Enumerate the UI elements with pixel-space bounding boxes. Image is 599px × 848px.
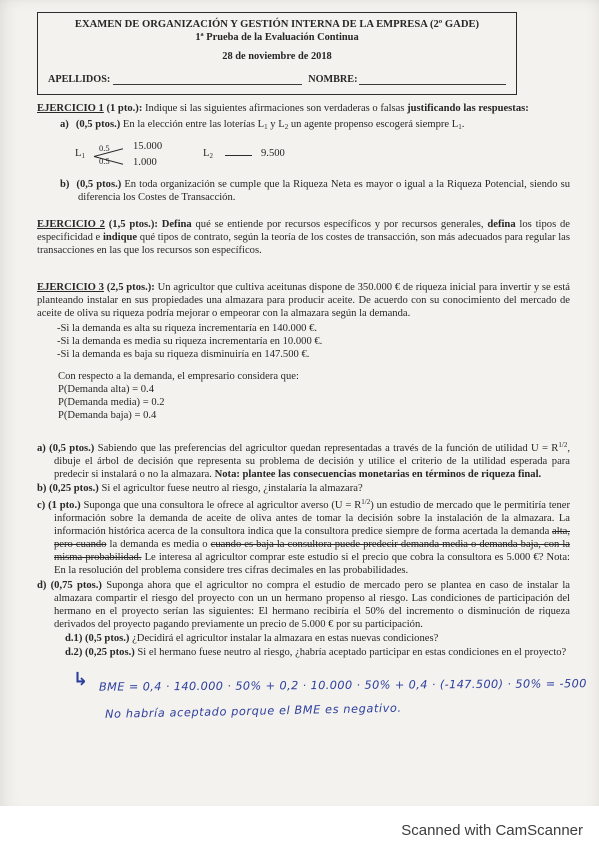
outcome-bottom: 1.000	[133, 157, 157, 168]
nombre-label: NOMBRE:	[308, 74, 357, 85]
exercise2-points: (1,5 ptos.):	[105, 219, 162, 230]
handwritten-bme-formula: BME = 0,4 · 140.000 · 50% + 0,2 · 10.000…	[99, 677, 570, 693]
item-b-label: b)	[60, 179, 69, 190]
bullet-demand-baja: -Si la demanda es baja su riqueza dismin…	[57, 348, 570, 361]
exam-title: EXAMEN DE ORGANIZACIÓN Y GESTIÓN INTERNA…	[48, 18, 506, 31]
exercise1-intro-bold: justificando las respuestas:	[407, 103, 529, 114]
probability-bottom: 0.5	[99, 156, 110, 166]
item-a-text-mid: y L	[268, 119, 285, 130]
nombre-blank-field	[359, 73, 506, 85]
exercise2-bold2: defina	[487, 219, 515, 230]
probability-block: Con respecto a la demanda, el empresario…	[37, 370, 570, 422]
handwritten-conclusion-note: No habría aceptado porque el BME es nega…	[105, 698, 570, 721]
exam-date: 28 de noviembre de 2018	[48, 50, 506, 63]
item-a-period: .	[462, 119, 465, 130]
demand-bullets: -Si la demanda es alta su riqueza increm…	[37, 322, 570, 361]
exercise2-paragraph: EJERCICIO 2 (1,5 ptos.): Defina qué se e…	[37, 218, 570, 257]
lottery-diagram: L1 0.5 0.5 15.000 1.000 L2 9.500	[37, 140, 570, 174]
exercise1-intro: EJERCICIO 1 (1 pto.): Indique si las sig…	[37, 102, 570, 115]
exam-content: EXAMEN DE ORGANIZACIÓN Y GESTIÓN INTERNA…	[37, 12, 570, 716]
item-b-points: (0,5 ptos.)	[76, 179, 121, 190]
bullet-demand-alta: -Si la demanda es alta su riqueza increm…	[57, 322, 570, 335]
apellidos-blank-field	[113, 73, 302, 85]
prob-baja: P(Demanda baja) = 0.4	[58, 409, 570, 422]
outcome-top: 15.000	[133, 141, 162, 152]
handwritten-annotation: ↳ BME = 0,4 · 140.000 · 50% + 0,2 · 10.0…	[37, 679, 570, 716]
item-b-text: En toda organización se cumple que la Ri…	[78, 179, 570, 203]
exercise2-heading: EJERCICIO 2	[37, 219, 105, 230]
exercise1-points: (1 pto.):	[104, 103, 145, 114]
lottery-l1-node: L1	[75, 148, 85, 160]
exercise3-item-c: c) (1 pto.) Suponga que una consultora l…	[37, 496, 570, 577]
item3-a-text1: Sabiendo que las preferencias del agricu…	[94, 443, 558, 454]
item3-a-note: Nota: plantee las consecuencias monetari…	[215, 469, 542, 480]
prob-alta: P(Demanda alta) = 0.4	[58, 383, 570, 396]
l2-line	[225, 155, 252, 156]
item3-d1-text: ¿Decidirá el agricultor instalar la alma…	[129, 633, 438, 644]
l2-sub: 2	[209, 152, 213, 160]
outcome-l2: 9.500	[261, 148, 285, 159]
apellidos-label: APELLIDOS:	[48, 74, 110, 85]
item-a-text: En la elección entre las loterías L	[120, 119, 264, 130]
exercise3-item-d1: d.1) (0,5 ptos.) ¿Decidirá el agricultor…	[37, 632, 570, 645]
exercise3-points: (2,5 ptos.):	[104, 282, 158, 293]
item3-d-label: d) (0,75 ptos.)	[37, 580, 102, 591]
camscanner-watermark: Scanned with CamScanner	[401, 822, 583, 839]
exercise1-item-b: b)(0,5 ptos.) En toda organización se cu…	[37, 178, 570, 204]
exercise3-item-b: b) (0,25 ptos.) Si el agricultor fuese n…	[37, 482, 570, 495]
exam-subtitle: 1ª Prueba de la Evaluación Continua	[48, 31, 506, 44]
utility-exponent: 1/2	[558, 441, 567, 449]
item3-c-text3: la demanda es media o	[106, 539, 210, 550]
exercise1-item-a: a)(0,5 ptos.) En la elección entre las l…	[37, 118, 570, 134]
item3-d2-text: Si el hermano fuese neutro al riesgo, ¿h…	[135, 647, 567, 658]
utility-exponent-c: 1/2	[361, 498, 370, 506]
item3-a-label: a) (0,5 ptos.)	[37, 443, 94, 454]
item3-c-label: c) (1 pto.)	[37, 500, 81, 511]
item-a-label: a)	[60, 119, 69, 130]
item3-b-text: Si el agricultor fuese neutro al riesgo,…	[99, 483, 363, 494]
item3-c-text1: Suponga que una consultora le ofrece al …	[81, 500, 362, 511]
name-fields-row: APELLIDOS: NOMBRE:	[48, 73, 506, 85]
exercise2-bold3: indique	[103, 232, 137, 243]
scanned-exam-page: EXAMEN DE ORGANIZACIÓN Y GESTIÓN INTERNA…	[0, 0, 599, 848]
bullet-demand-media: -Si la demanda es media su riqueza incre…	[57, 335, 570, 348]
lottery-l2-node: L2	[203, 148, 213, 160]
item-a-points: (0,5 ptos.)	[76, 119, 120, 130]
item3-d-text: Suponga ahora que el agricultor no compr…	[54, 580, 570, 630]
exercise1-heading: EJERCICIO 1	[37, 103, 104, 114]
exercise2-text1: qué se entiende por recursos específicos…	[192, 219, 488, 230]
probs-intro: Con respecto a la demanda, el empresario…	[58, 370, 570, 383]
exercise2-bold1: Defina	[162, 219, 192, 230]
item3-d2-label: d.2) (0,25 ptos.)	[65, 647, 135, 658]
prob-media: P(Demanda media) = 0.2	[58, 396, 570, 409]
item-a-text-post: un agente propenso escogerá siempre L	[288, 119, 458, 130]
exercise3-intro: EJERCICIO 3 (2,5 ptos.): Un agricultor q…	[37, 281, 570, 320]
exercise3-item-a: a) (0,5 ptos.) Sabiendo que las preferen…	[37, 439, 570, 481]
scan-background: EXAMEN DE ORGANIZACIÓN Y GESTIÓN INTERNA…	[0, 0, 599, 806]
probability-top: 0.5	[99, 143, 110, 153]
l1-sub: 1	[81, 152, 85, 160]
exercise3-item-d: d) (0,75 ptos.) Suponga ahora que el agr…	[37, 579, 570, 631]
exercise3-item-d2: d.2) (0,25 ptos.) Si el hermano fuese ne…	[37, 646, 570, 659]
header-box: EXAMEN DE ORGANIZACIÓN Y GESTIÓN INTERNA…	[37, 12, 517, 95]
exercise3-heading: EJERCICIO 3	[37, 282, 104, 293]
item3-b-label: b) (0,25 ptos.)	[37, 483, 99, 494]
item3-d1-label: d.1) (0,5 ptos.)	[65, 633, 129, 644]
exercise1-intro-text: Indique si las siguientes afirmaciones s…	[145, 103, 407, 114]
footer-strip: Scanned with CamScanner	[0, 806, 599, 848]
handwritten-arrow-icon: ↳	[73, 669, 88, 690]
